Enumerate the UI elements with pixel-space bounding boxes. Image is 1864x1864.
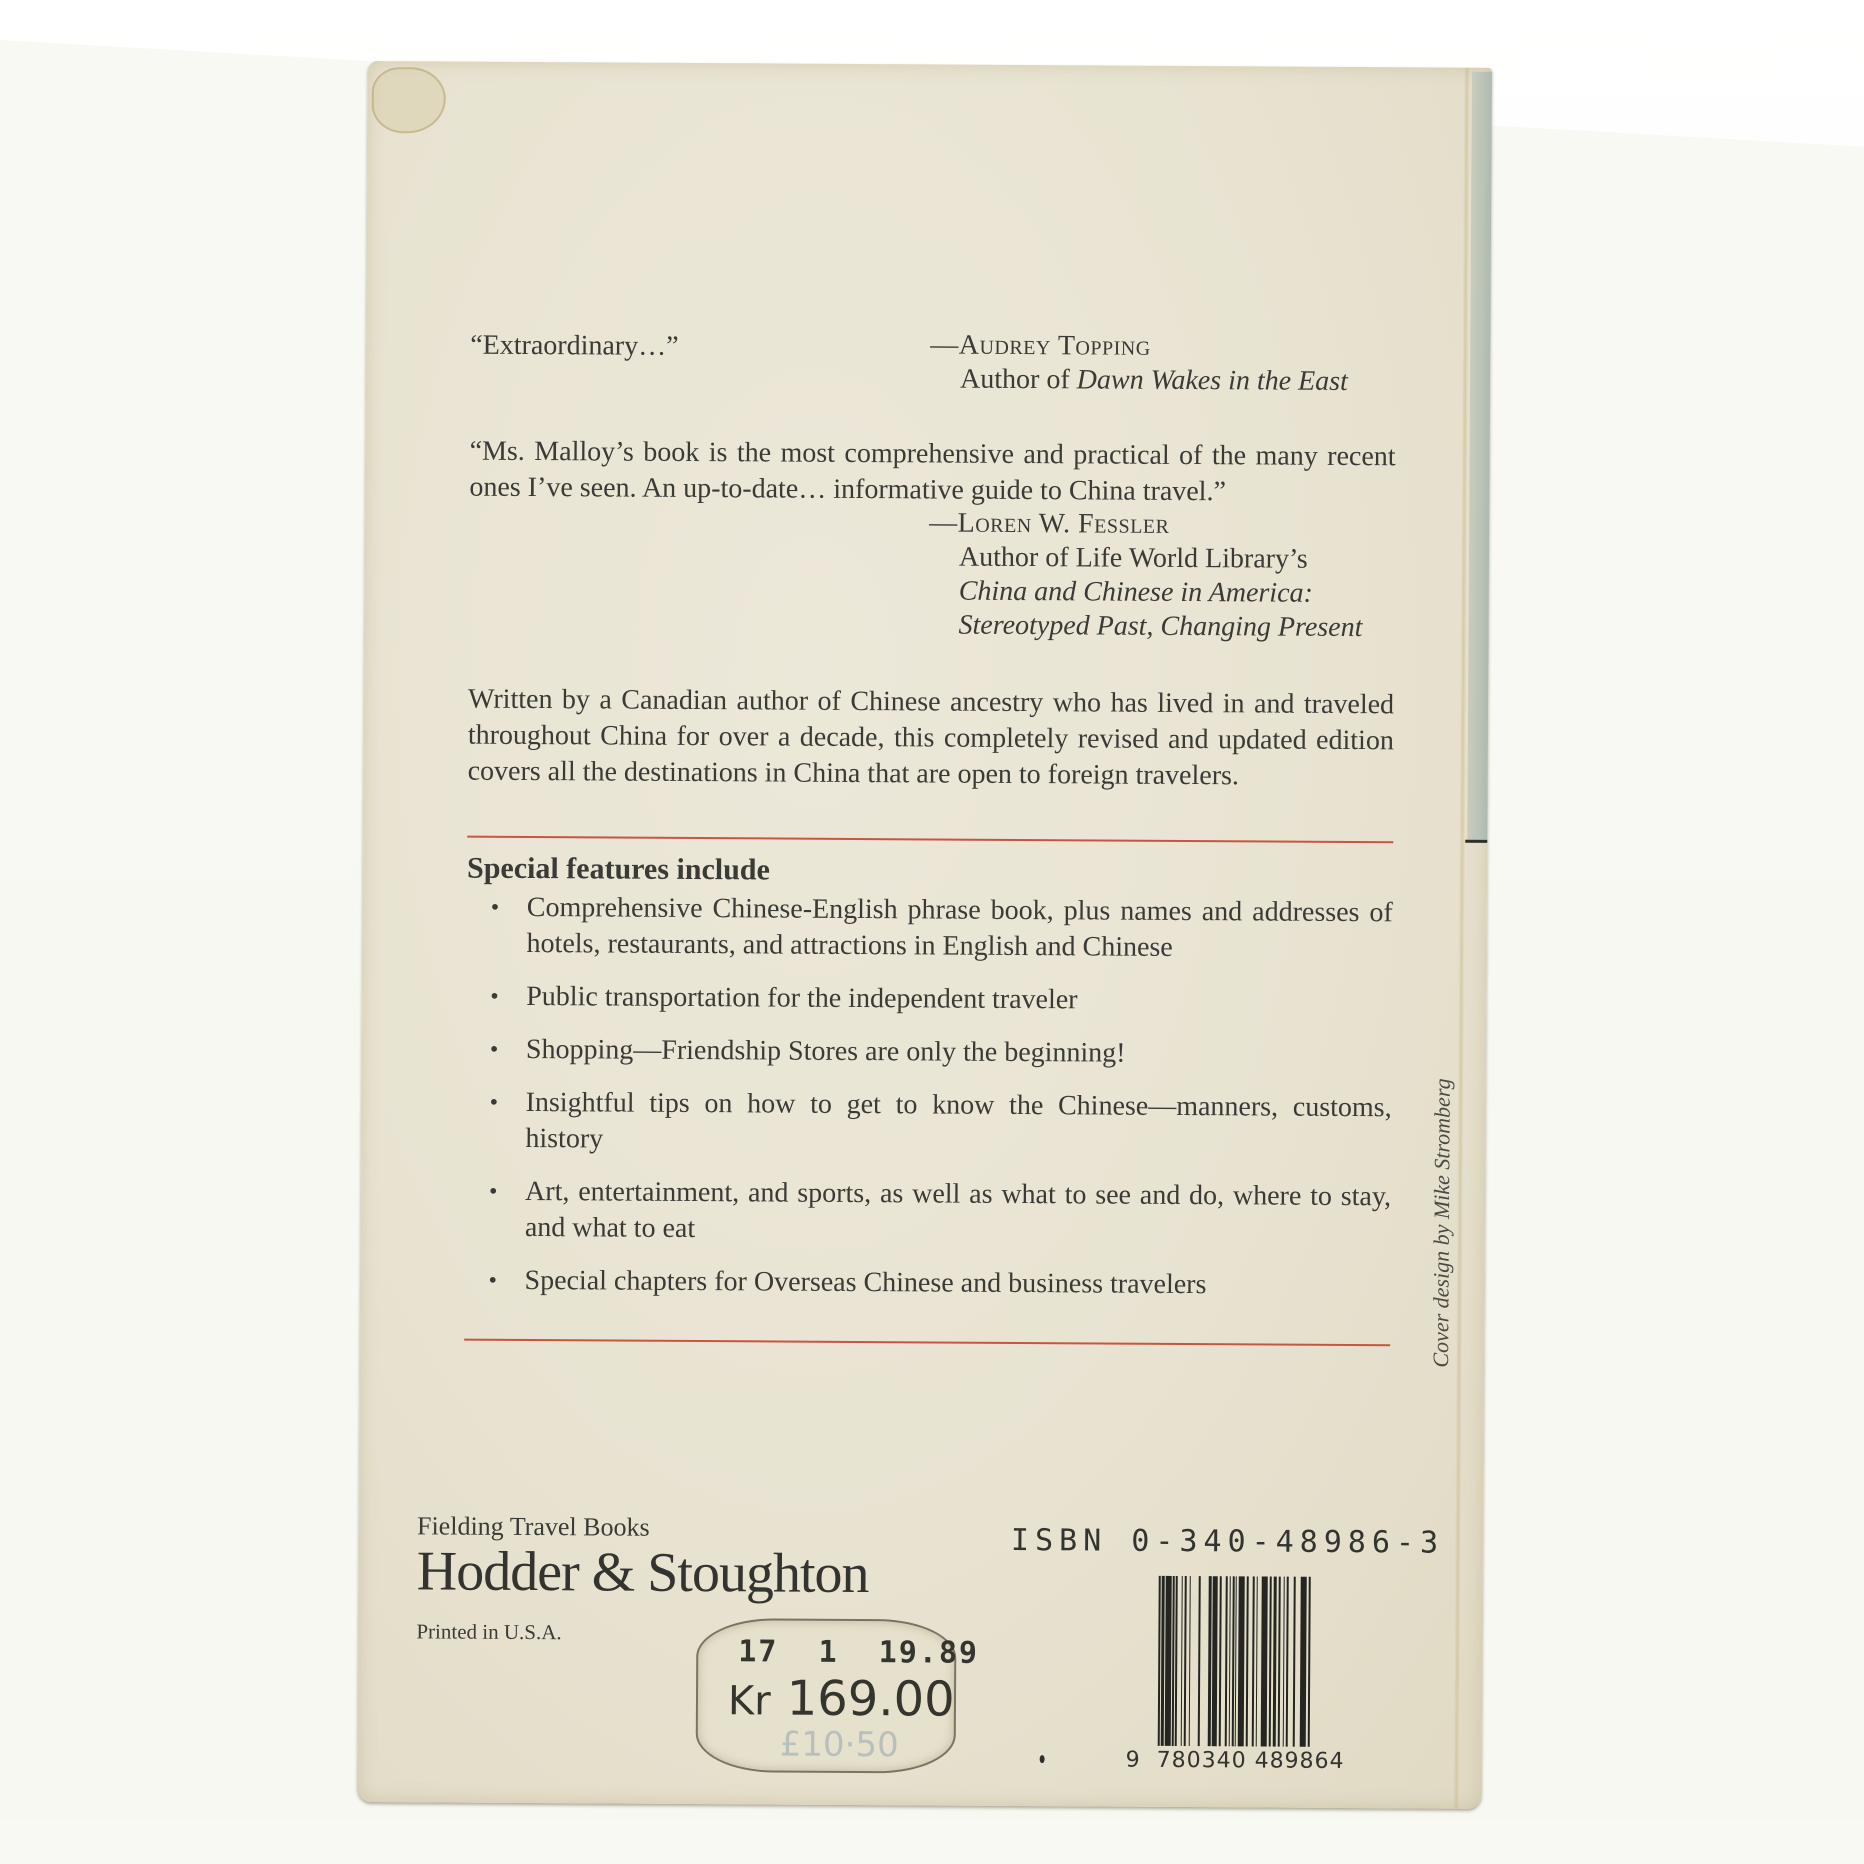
quote-2-credential-line-3: Stereotyped Past, Changing Present [928,608,1362,645]
quote-1-credential-prefix: Author of [960,364,1077,396]
sticker-date: 17 1 19.89 [738,1634,979,1670]
quote-2-credential-line-2: China and Chinese in America: [929,574,1363,611]
spine-crease [1453,68,1470,1809]
quote-2-text: “Ms. Malloy’s book is the most comprehen… [469,434,1395,512]
sticker-currency: Kr [728,1678,771,1724]
ink-speck [1040,1755,1045,1763]
feature-item: •Shopping—Friendship Stores are only the… [490,1032,1392,1074]
corner-stain [372,67,446,133]
sticker-amount: 169.00 [787,1671,955,1728]
features-list: •Comprehensive Chinese-English phrase bo… [488,890,1393,1322]
feature-item: •Insightful tips on how to get to know t… [489,1085,1391,1163]
feature-text: Shopping—Friendship Stores are only the … [526,1034,1126,1069]
feature-item: •Comprehensive Chinese-English phrase bo… [490,890,1392,968]
feature-text: Art, entertainment, and sports, as well … [525,1176,1391,1244]
series-name: Fielding Travel Books [417,1511,869,1544]
feature-text: Insightful tips on how to get to know th… [525,1087,1391,1154]
quote-2-attribution: —Loren W. Fessler Author of Life World L… [928,506,1363,645]
bullet-icon: • [491,890,500,926]
book-back-cover: “Extraordinary…” —Audrey Topping Author … [357,61,1492,1809]
barcode-icon [1158,1576,1403,1747]
bullet-icon: • [490,1032,499,1068]
spine-mark [1465,840,1487,843]
features-heading: Special features include [467,852,770,888]
quote-1-work-title: Dawn Wakes in the East [1077,364,1348,397]
red-divider-bottom [464,1339,1390,1347]
quote-1-attribution: —Audrey Topping Author of Dawn Wakes in … [930,328,1348,399]
bullet-icon: • [488,1263,497,1299]
barcode-bar [1310,1577,1313,1747]
feature-text: Special chapters for Overseas Chinese an… [524,1265,1206,1300]
feature-item: •Public transportation for the independe… [490,979,1392,1021]
red-divider-top [467,836,1393,844]
cover-design-credit: Cover design by Mike Stromberg [1428,1078,1456,1367]
bullet-icon: • [490,1085,499,1121]
barcode-digits: 9780340 489864 [1126,1748,1345,1774]
sticker-old-price: £10·50 [780,1725,899,1766]
feature-text: Comprehensive Chinese-English phrase boo… [527,892,1393,963]
bullet-icon: • [490,979,499,1015]
barcode-lead-digit: 9 [1126,1748,1141,1773]
book-blurb: Written by a Canadian author of Chinese … [468,682,1395,796]
quote-2-author: —Loren W. Fessler [929,506,1363,543]
sticker-price: Kr169.00 [728,1670,955,1727]
quote-1-text: “Extraordinary…” [470,330,679,363]
quote-2-credential-line-1: Author of Life World Library’s [929,540,1363,577]
feature-item: •Art, entertainment, and sports, as well… [489,1174,1391,1252]
feature-item: •Special chapters for Overseas Chinese a… [488,1263,1390,1305]
barcode-number: 780340 489864 [1157,1748,1345,1774]
publisher-name: Hodder & Stoughton [417,1541,869,1604]
quote-1-author: —Audrey Topping [930,328,1348,365]
bullet-icon: • [489,1174,498,1210]
isbn-number: ISBN 0-340-48986-3 [1011,1523,1444,1561]
price-sticker: £10·50 17 1 19.89 Kr169.00 [696,1618,957,1774]
feature-text: Public transportation for the independen… [526,981,1077,1015]
quote-1-credential: Author of Dawn Wakes in the East [930,362,1348,399]
